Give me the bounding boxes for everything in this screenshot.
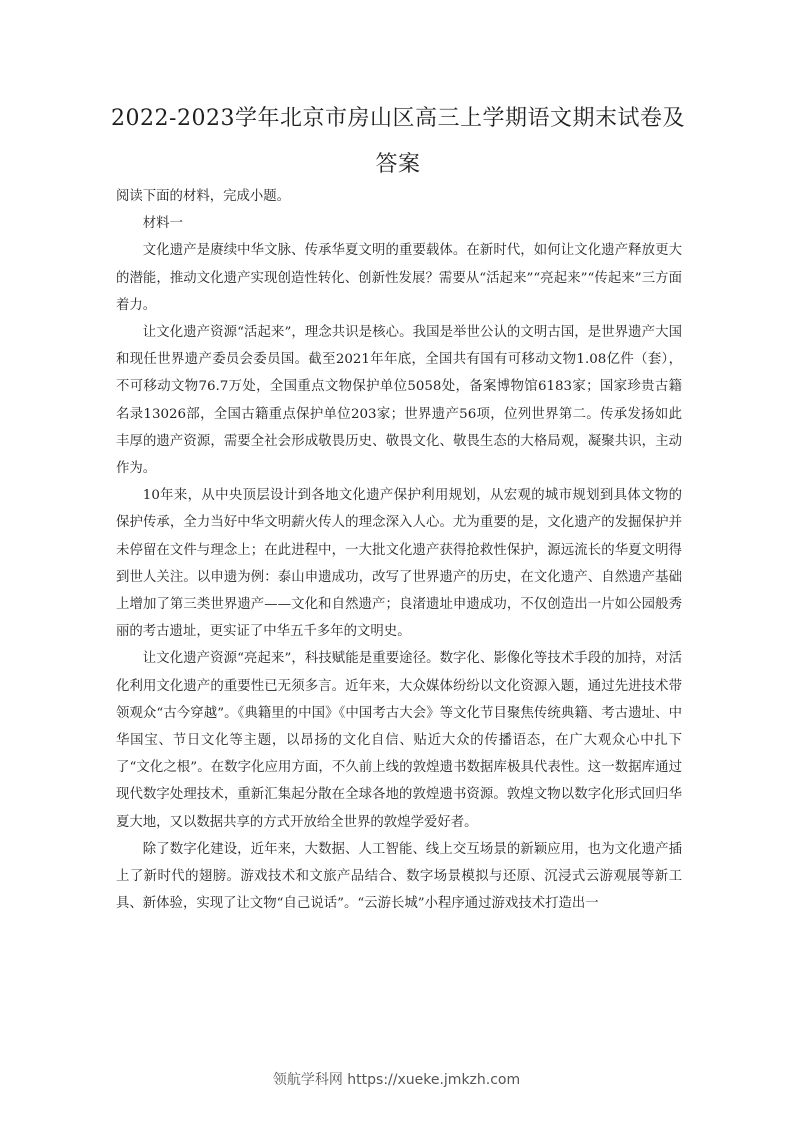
paragraph: 除了数字化建设，近年来，大数据、人工智能、线上交互场景的新颖应用，也为文化遗产插… [116,836,682,918]
footer-watermark: 领航学科网 https://xueke.jmkzh.com [0,1069,793,1089]
instruction-text: 阅读下面的材料，完成小题。 [116,183,682,210]
paragraph: 让文化遗产资源“亮起来”，科技赋能是重要途径。数字化、影像化等技术手段的加持，对… [116,645,682,835]
paragraph: 文化遗产是赓续中华文脉、传承华夏文明的重要载体。在新时代，如何让文化遗产释放更大… [116,237,682,319]
document-title: 2022-2023学年北京市房山区高三上学期语文期末试卷及答案 [108,96,688,188]
section-label: 材料一 [116,210,682,237]
paragraph: 10年来，从中央顶层设计到各地文化遗产保护利用规划，从宏观的城市规划到具体文物的… [116,482,682,645]
document-page: 2022-2023学年北京市房山区高三上学期语文期末试卷及答案 阅读下面的材料，… [0,0,793,1122]
document-body: 阅读下面的材料，完成小题。 材料一 文化遗产是赓续中华文脉、传承华夏文明的重要载… [116,183,682,917]
paragraph: 让文化遗产资源“活起来”，理念共识是核心。我国是举世公认的文明古国，是世界遗产大… [116,319,682,482]
